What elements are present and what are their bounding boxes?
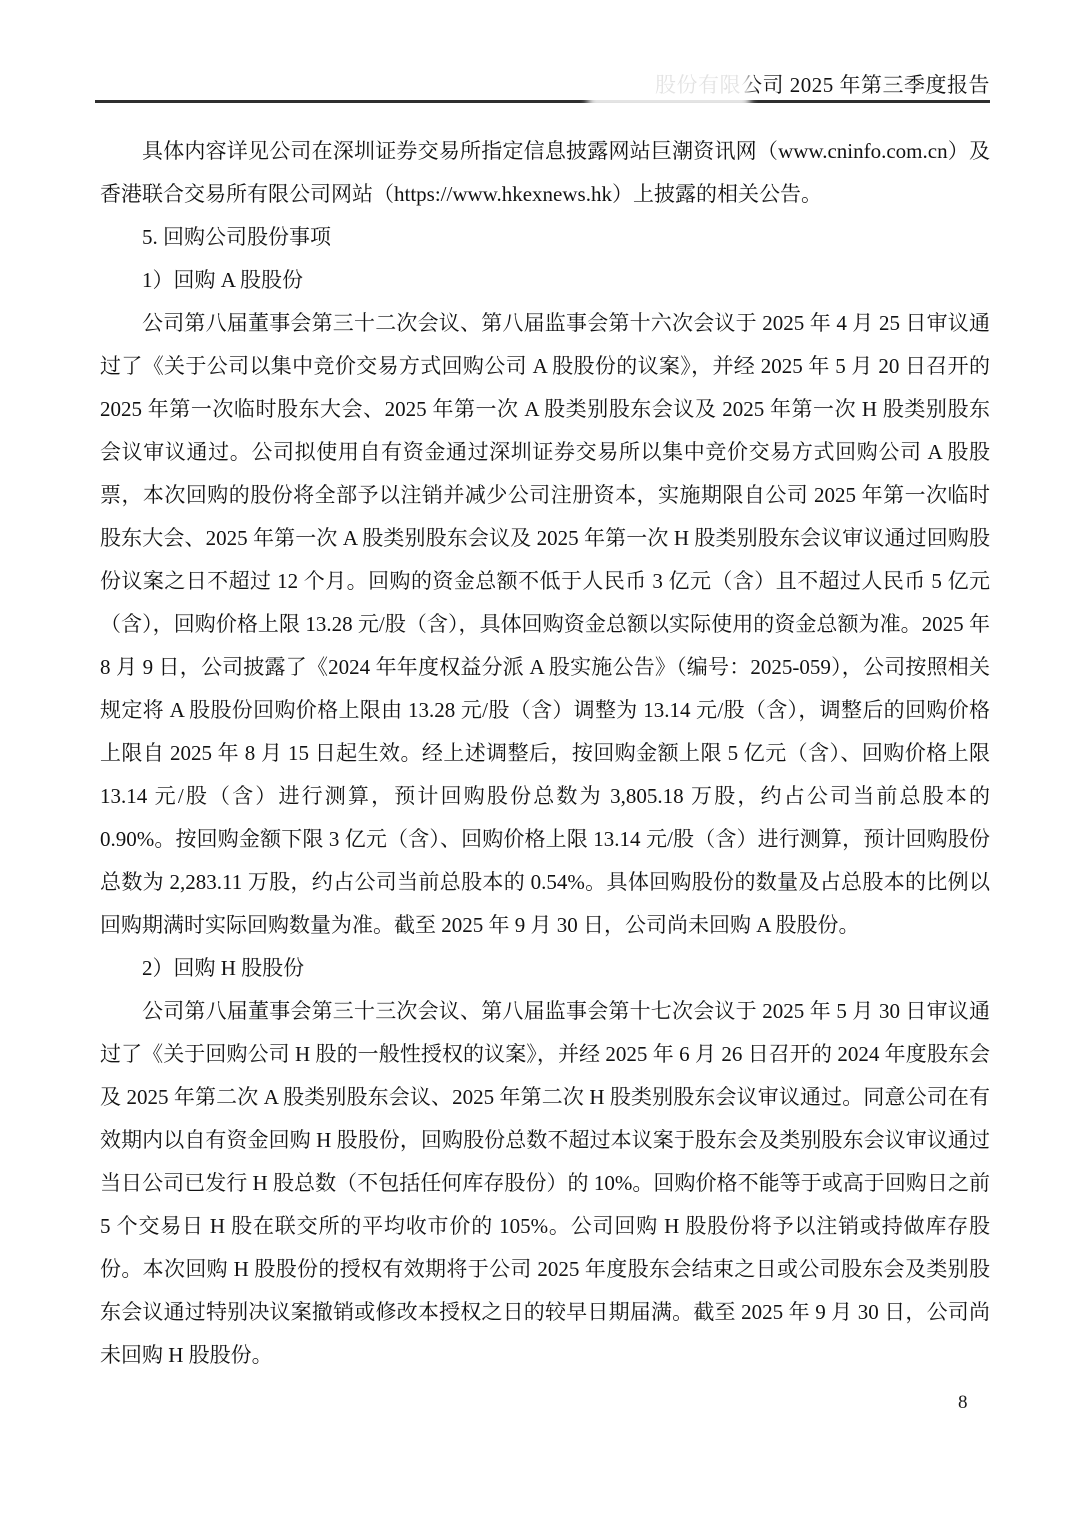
document-body: 具体内容详见公司在深圳证券交易所指定信息披露网站巨潮资讯网（www.cninfo… xyxy=(100,130,990,1377)
page-number: 8 xyxy=(958,1392,968,1414)
subsection-heading-a-share: 1）回购 A 股股份 xyxy=(100,259,990,302)
paragraph-a-share-buyback: 公司第八届董事会第三十二次会议、第八届监事会第十六次会议于 2025 年 4 月… xyxy=(100,302,990,947)
report-page: 股份有限公司 2025 年第三季度报告 具体内容详见公司在深圳证券交易所指定信息… xyxy=(0,0,1080,1527)
intro-paragraph: 具体内容详见公司在深圳证券交易所指定信息披露网站巨潮资讯网（www.cninfo… xyxy=(100,130,990,216)
subsection-heading-h-share: 2）回购 H 股股份 xyxy=(100,947,990,990)
section-heading-buyback: 5. 回购公司股份事项 xyxy=(100,216,990,259)
redaction-blur xyxy=(588,66,750,110)
header-divider xyxy=(95,100,990,103)
paragraph-h-share-buyback: 公司第八届董事会第三十三次会议、第八届监事会第十七次会议于 2025 年 5 月… xyxy=(100,990,990,1377)
page-header-title: 股份有限公司 2025 年第三季度报告 xyxy=(95,72,990,98)
